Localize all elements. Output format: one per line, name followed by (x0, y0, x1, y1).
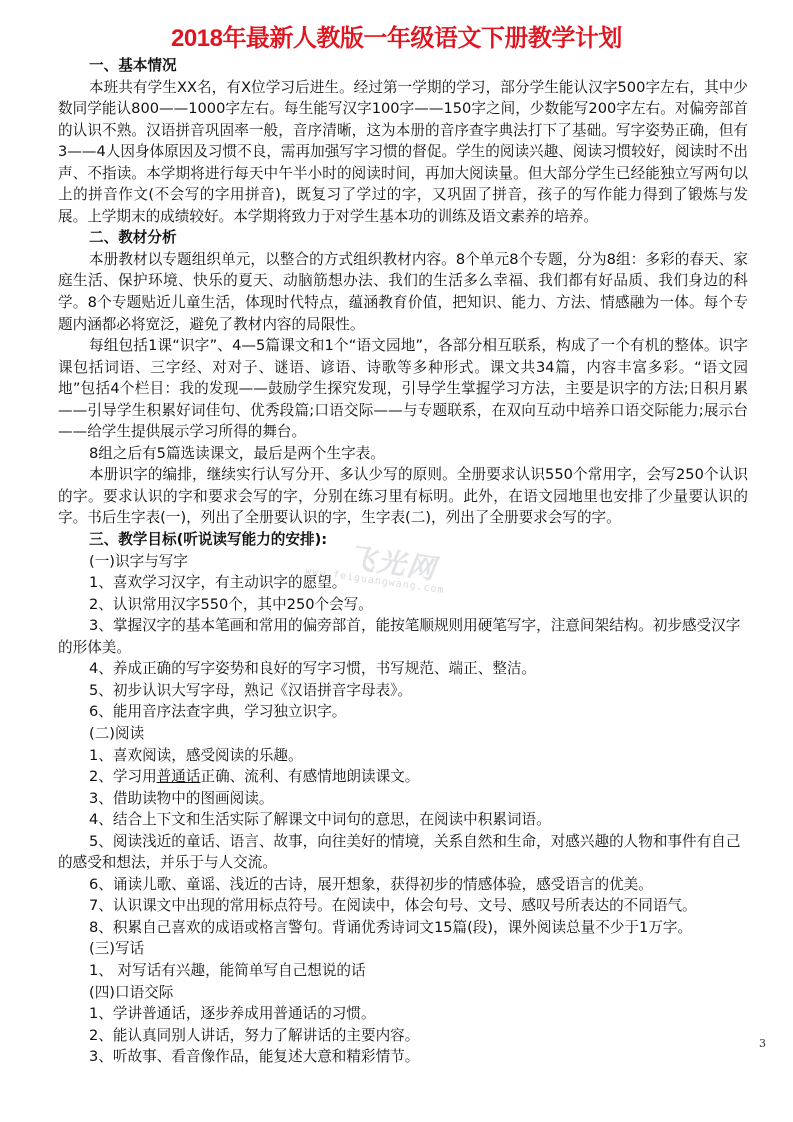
list-item: 2、认识常用汉字550个，其中250个会写。 (58, 594, 748, 616)
subsection-label-writing: (三)写话 (58, 938, 748, 960)
document-page: 2018年最新人教版一年级语文下册教学计划 一、基本情况 本班共有学生XX名，有… (0, 0, 793, 1122)
list-item: 1、 对写话有兴趣，能简单写自己想说的话 (58, 960, 748, 982)
section-heading-teaching-goals: 三、教学目标(听说读写能力的安排): (89, 529, 748, 551)
list-item: 5、初步认识大写字母，熟记《汉语拼音字母表》。 (58, 680, 748, 702)
list-item: 1、喜欢阅读，感受阅读的乐趣。 (58, 745, 748, 767)
paragraph-textbook-analysis-4: 本册识字的编排，继续实行认写分开、多认少写的原则。全册要求认识550个常用字，会… (58, 464, 748, 529)
list-item: 4、养成正确的写字姿势和良好的写字习惯，书写规范、端正、整洁。 (58, 658, 748, 680)
list-item: 7、认识课文中出现的常用标点符号。在阅读中，体会句号、文号、感叹号所表达的不同语… (58, 895, 748, 917)
paragraph-textbook-analysis-2: 每组包括1课“识字”、4—5篇课文和1个“语文园地”，各部分相互联系，构成了一个… (58, 335, 748, 443)
document-body: 一、基本情况 本班共有学生XX名，有X位学习后进生。经过第一学期的学习，部分学生… (58, 55, 748, 1068)
subsection-label-literacy: (一)识字与写字 (58, 551, 748, 573)
list-item: 3、听故事、看音像作品，能复述大意和精彩情节。 (58, 1046, 748, 1068)
section-heading-textbook-analysis: 二、教材分析 (89, 227, 748, 249)
document-title: 2018年最新人教版一年级语文下册教学计划 (0, 24, 793, 54)
underlined-term: 普通话 (157, 768, 201, 785)
list-item: 3、掌握汉字的基本笔画和常用的偏旁部首，能按笔顺规则用硬笔写字，注意间架结构。初… (58, 615, 748, 658)
list-item: 1、学讲普通话，逐步养成用普通话的习惯。 (58, 1003, 748, 1025)
paragraph-basic-situation: 本班共有学生XX名，有X位学习后进生。经过第一学期的学习，部分学生能认汉字500… (58, 77, 748, 228)
paragraph-textbook-analysis-1: 本册教材以专题组织单元，以整合的方式组织教材内容。8个单元8个专题，分为8组：多… (58, 249, 748, 335)
list-item: 2、学习用普通话正确、流利、有感情地朗读课文。 (58, 766, 748, 788)
list-item: 5、阅读浅近的童话、语言、故事，向往美好的情境，关系自然和生命，对感兴趣的人物和… (58, 831, 748, 874)
list-item: 1、喜欢学习汉字，有主动识字的愿望。 (58, 572, 748, 594)
section-heading-basic-situation: 一、基本情况 (89, 55, 748, 77)
page-number: 3 (759, 1037, 766, 1050)
list-item: 4、结合上下文和生活实际了解课文中词句的意思，在阅读中积累词语。 (58, 809, 748, 831)
subsection-label-reading: (二)阅读 (58, 723, 748, 745)
paragraph-textbook-analysis-3: 8组之后有5篇选读课文，最后是两个生字表。 (58, 443, 748, 465)
list-item: 2、能认真同别人讲话，努力了解讲话的主要内容。 (58, 1025, 748, 1047)
list-item: 6、能用音序法查字典，学习独立识字。 (58, 701, 748, 723)
list-item: 8、积累自己喜欢的成语或格言警句。背诵优秀诗词文15篇(段)，课外阅读总量不少于… (58, 917, 748, 939)
list-item: 3、借助读物中的图画阅读。 (58, 788, 748, 810)
list-item: 6、诵读儿歌、童谣、浅近的古诗，展开想象，获得初步的情感体验，感受语言的优美。 (58, 874, 748, 896)
list-item-suffix: 正确、流利、有感情地朗读课文。 (200, 768, 419, 785)
list-item-prefix: 2、学习用 (89, 768, 157, 785)
subsection-label-oral-communication: (四)口语交际 (58, 982, 748, 1004)
